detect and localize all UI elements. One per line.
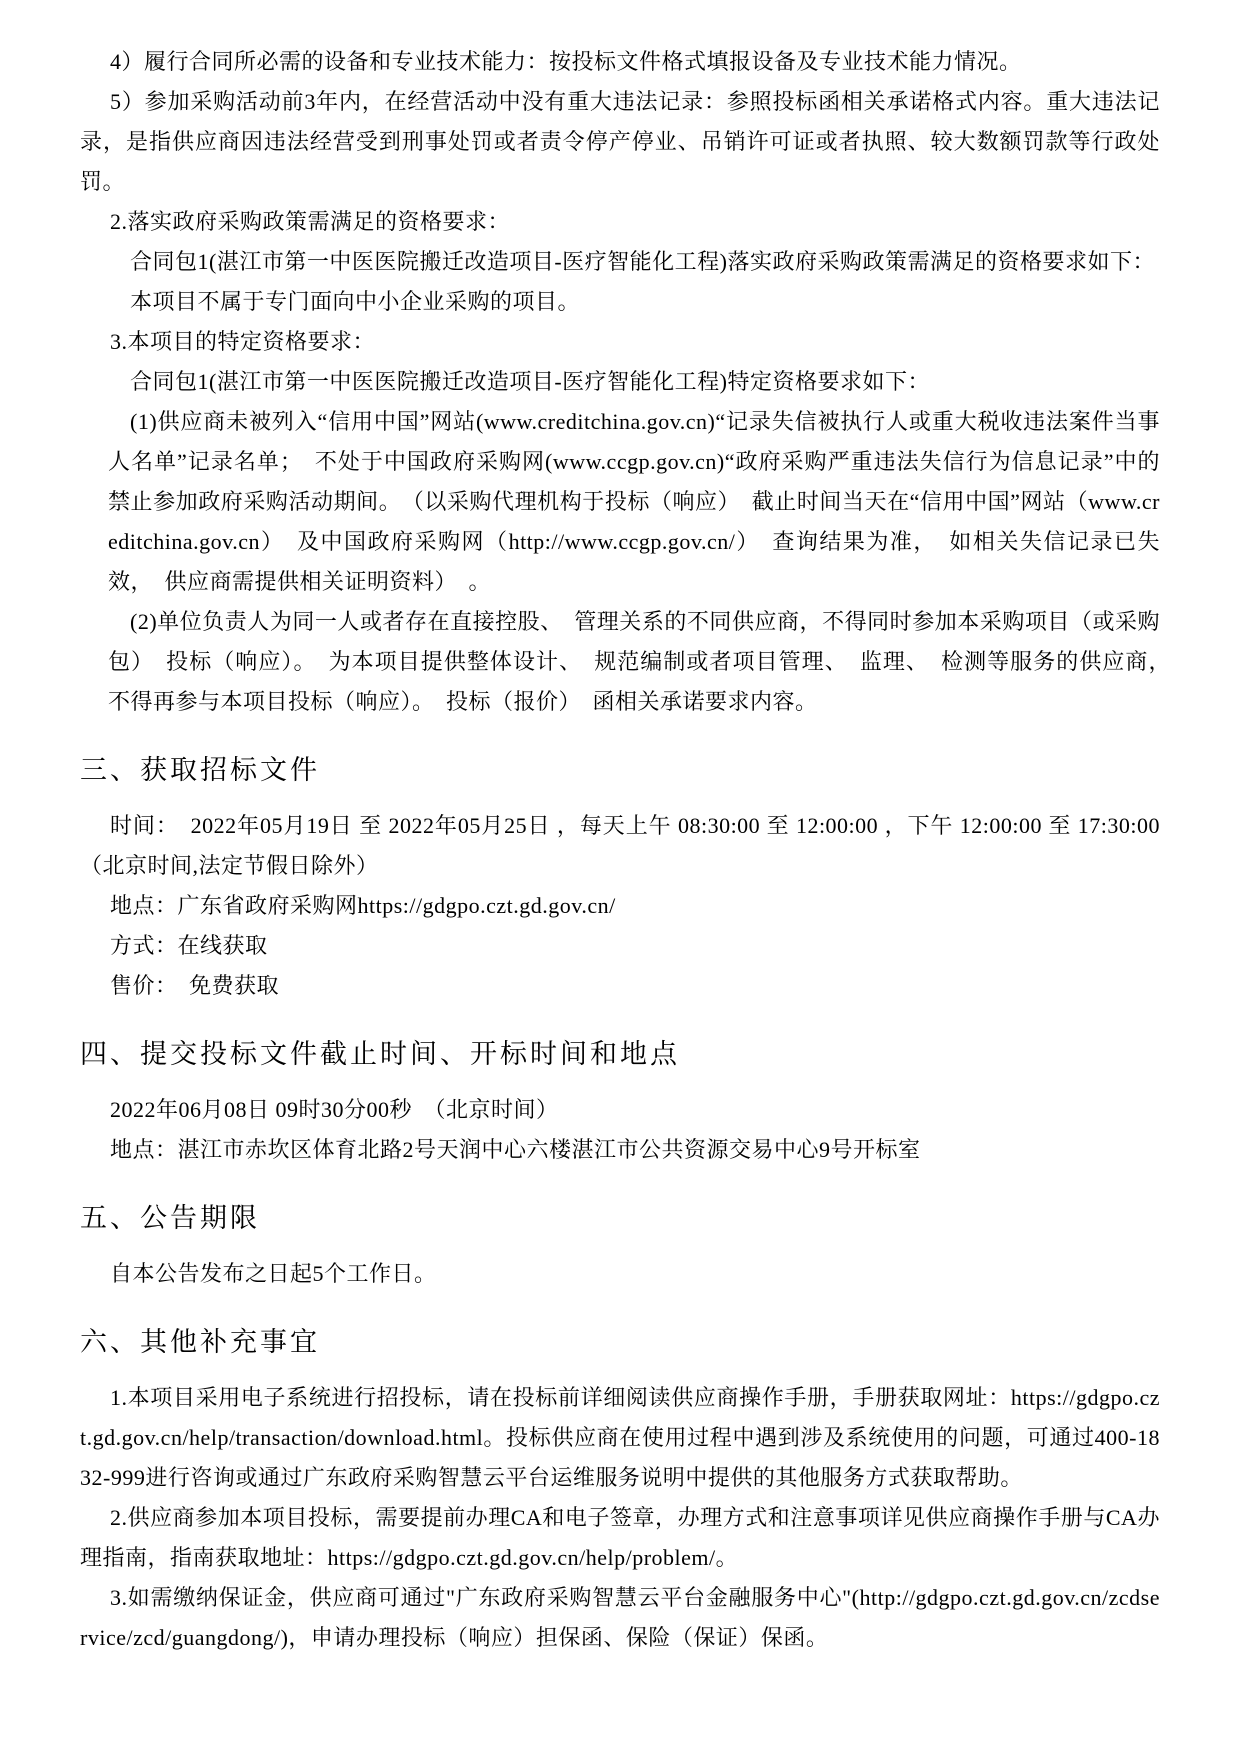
paragraph: 4）履行合同所必需的设备和专业技术能力：按投标文件格式填报设备及专业技术能力情况… <box>80 42 1160 82</box>
document-page: 4）履行合同所必需的设备和专业技术能力：按投标文件格式填报设备及专业技术能力情况… <box>0 0 1242 1756</box>
paragraph: 2022年06月08日 09时30分00秒 （北京时间） <box>80 1090 1160 1130</box>
paragraph: (1)供应商未被列入“信用中国”网站(www.creditchina.gov.c… <box>108 402 1160 602</box>
paragraph: 2.供应商参加本项目投标，需要提前办理CA和电子签章，办理方式和注意事项详见供应… <box>80 1498 1160 1578</box>
paragraph: 地点：湛江市赤坎区体育北路2号天润中心六楼湛江市公共资源交易中心9号开标室 <box>80 1130 1160 1170</box>
paragraph: 3.本项目的特定资格要求： <box>80 322 1160 362</box>
section-other-matters: 六、其他补充事宜 1.本项目采用电子系统进行招投标，请在投标前详细阅读供应商操作… <box>80 1320 1160 1658</box>
paragraph: 合同包1(湛江市第一中医医院搬迁改造项目-医疗智能化工程)特定资格要求如下： <box>108 362 1160 402</box>
paragraph: 时间： 2022年05月19日 至 2022年05月25日 ，每天上午 08:3… <box>80 806 1160 886</box>
paragraph: 自本公告发布之日起5个工作日。 <box>80 1254 1160 1294</box>
section-announcement-period: 五、公告期限 自本公告发布之日起5个工作日。 <box>80 1196 1160 1294</box>
paragraph: 本项目不属于专门面向中小企业采购的项目。 <box>108 282 1160 322</box>
paragraph: 3.如需缴纳保证金，供应商可通过"广东政府采购智慧云平台金融服务中心"(http… <box>80 1578 1160 1658</box>
paragraph: 售价： 免费获取 <box>80 966 1160 1006</box>
section-heading: 四、提交投标文件截止时间、开标时间和地点 <box>80 1032 1160 1076</box>
section-submission-deadline: 四、提交投标文件截止时间、开标时间和地点 2022年06月08日 09时30分0… <box>80 1032 1160 1170</box>
paragraph: 5）参加采购活动前3年内，在经营活动中没有重大违法记录：参照投标函相关承诺格式内… <box>80 82 1160 202</box>
paragraph: 2.落实政府采购政策需满足的资格要求： <box>80 202 1160 242</box>
paragraph: (2)单位负责人为同一人或者存在直接控股、 管理关系的不同供应商，不得同时参加本… <box>108 602 1160 722</box>
qualification-intro-section: 4）履行合同所必需的设备和专业技术能力：按投标文件格式填报设备及专业技术能力情况… <box>80 42 1160 722</box>
section-heading: 六、其他补充事宜 <box>80 1320 1160 1364</box>
paragraph: 1.本项目采用电子系统进行招投标，请在投标前详细阅读供应商操作手册，手册获取网址… <box>80 1378 1160 1498</box>
paragraph: 方式：在线获取 <box>80 926 1160 966</box>
paragraph: 地点：广东省政府采购网https://gdgpo.czt.gd.gov.cn/ <box>80 886 1160 926</box>
section-obtain-bid-documents: 三、获取招标文件 时间： 2022年05月19日 至 2022年05月25日 ，… <box>80 748 1160 1006</box>
section-heading: 五、公告期限 <box>80 1196 1160 1240</box>
paragraph: 合同包1(湛江市第一中医医院搬迁改造项目-医疗智能化工程)落实政府采购政策需满足… <box>108 242 1160 282</box>
section-heading: 三、获取招标文件 <box>80 748 1160 792</box>
